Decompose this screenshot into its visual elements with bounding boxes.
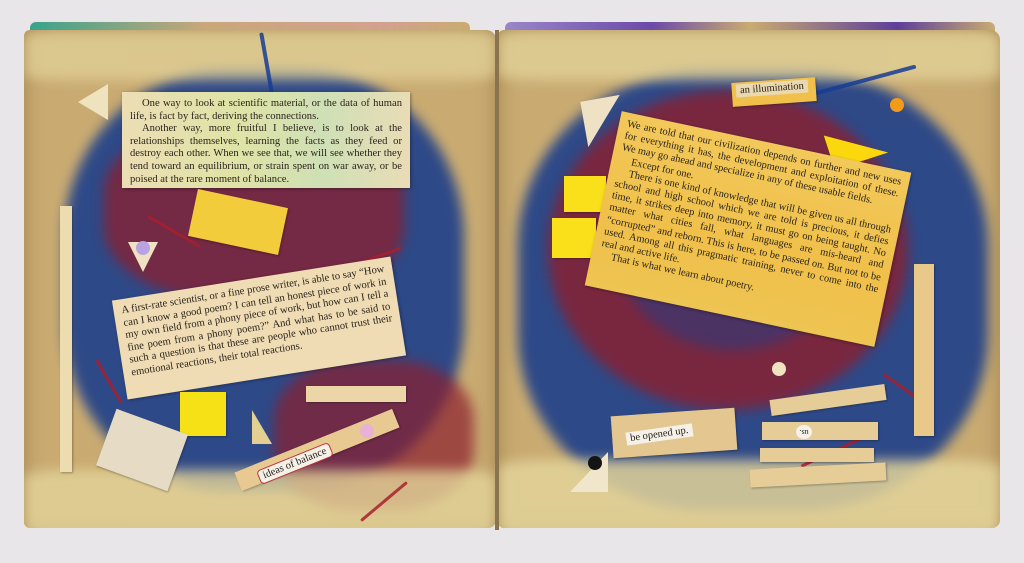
cream-strip-vertical (914, 264, 934, 436)
yellow-square-bottom (552, 218, 596, 258)
pink-dot (360, 424, 374, 438)
circle-label: us. (796, 425, 812, 439)
cream-triangle-small (252, 410, 272, 444)
cream-strip-vertical (60, 206, 72, 472)
clipping-paragraph: Another way, more fruitful I believe, is… (130, 123, 402, 186)
lilac-dot (136, 241, 150, 255)
cream-triangle (78, 84, 108, 120)
cream-strip (762, 422, 878, 440)
black-dot (588, 456, 602, 470)
yellow-square (180, 392, 226, 436)
yellow-square-top (564, 176, 606, 212)
cream-strip (306, 386, 406, 402)
clipping-paragraph: One way to look at scientific material, … (130, 98, 402, 123)
book-spine (495, 30, 499, 530)
cream-strip (760, 448, 874, 462)
text-clipping-scientific-material: One way to look at scientific material, … (122, 92, 410, 188)
gold-paint-area (498, 30, 1000, 80)
cream-dot (772, 362, 786, 376)
orange-dot (890, 98, 904, 112)
